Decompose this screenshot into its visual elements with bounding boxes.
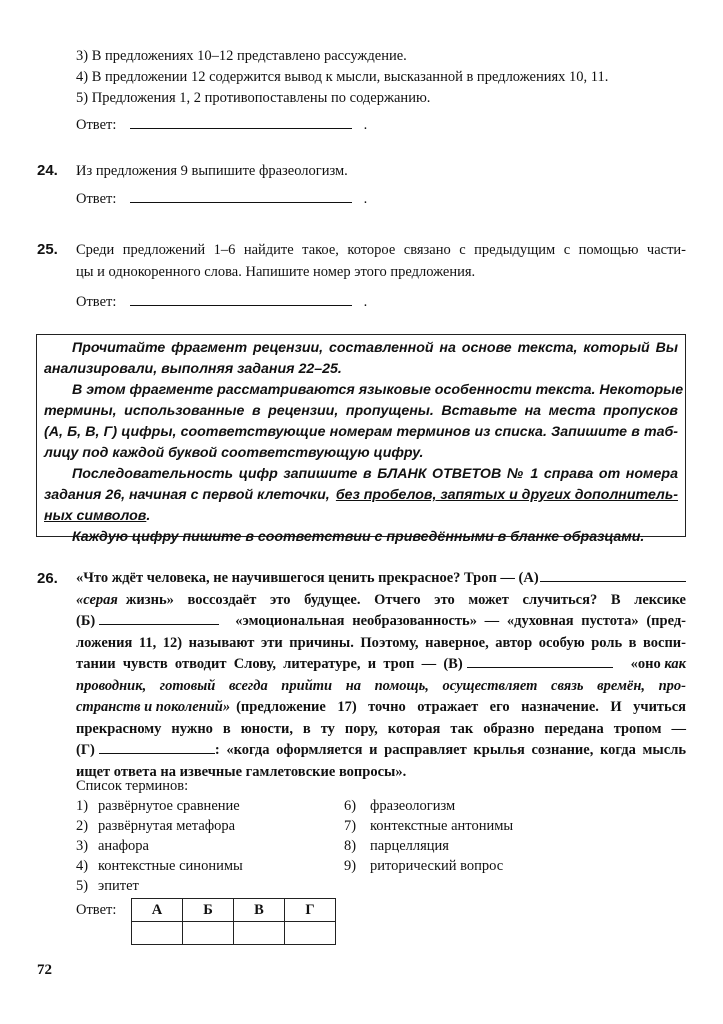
answer-cell-a[interactable] xyxy=(132,922,183,945)
instr-line-3: В этом фрагменте рассматриваются языковы… xyxy=(44,380,678,401)
q26-quote-italic: «серая xyxy=(76,590,118,612)
q24-text: Из предложения 9 выпишите фразеологизм. xyxy=(76,161,348,181)
q25-answer-row: Ответ: . xyxy=(76,293,367,311)
instr-line-6: лицу под каждой буквой соответствующую ц… xyxy=(44,443,678,464)
option-number: 4) xyxy=(76,69,88,85)
q26-quote-open: «оно xyxy=(631,656,661,672)
answer-label: Ответ: xyxy=(76,117,116,133)
answer-table: А Б В Г xyxy=(131,898,336,945)
q26-answer-label: Ответ: xyxy=(76,902,116,919)
terms-right-column: 6)фразеологизм 7)контекстные антонимы 8)… xyxy=(344,796,513,876)
q26-quote-italic: странств и поколений» xyxy=(76,697,230,719)
term-text: контекстные антонимы xyxy=(370,818,513,834)
answer-period: . xyxy=(364,117,368,133)
term-number: 8) xyxy=(344,836,370,856)
term-number: 7) xyxy=(344,816,370,836)
term-text: фразеологизм xyxy=(370,798,455,814)
q26-line-5: тании чувств отводит Слову, литературе, … xyxy=(76,654,686,676)
q26-quote-italic: как xyxy=(664,656,686,672)
instr-line-7: Последовательность цифр запишите в БЛАНК… xyxy=(44,464,678,485)
option-text: В предложениях 10–12 представлено рассуж… xyxy=(92,48,407,64)
gap-b-label: (Б) xyxy=(76,611,95,633)
q25-number: 25. xyxy=(37,241,58,258)
q26-line-9: (Г) : «когда оформляется и расправляет к… xyxy=(76,740,686,762)
term-item: 5)эпитет xyxy=(76,876,243,896)
term-item: 8)парцелляция xyxy=(344,836,513,856)
term-number: 6) xyxy=(344,796,370,816)
term-text: развёрнутая метафора xyxy=(98,818,235,834)
q26-line-5-end: «оно как xyxy=(631,654,686,676)
option-text: В предложении 12 содержится вывод к мысл… xyxy=(92,69,609,85)
option-number: 3) xyxy=(76,48,88,64)
answer-cell-g[interactable] xyxy=(285,922,336,945)
option-number: 5) xyxy=(76,90,88,106)
q25-text-line-1: Среди предложений 1–6 найдите такое, кот… xyxy=(76,240,686,260)
q26-line-4: ложения 11, 12) называют эти причины. По… xyxy=(76,633,686,655)
gap-g-label: (Г) xyxy=(76,740,95,762)
instr-line-1: Прочитайте фрагмент рецензии, составленн… xyxy=(44,338,678,359)
instr-line-9-period: . xyxy=(146,508,150,524)
instr-line-8: задания 26, начиная с первой клеточки, б… xyxy=(44,485,678,506)
term-text: контекстные синонимы xyxy=(98,858,243,874)
term-number: 9) xyxy=(344,856,370,876)
answer-table-header: А Б В Г xyxy=(132,899,336,922)
header-g: Г xyxy=(285,899,336,922)
instr-line-10: Каждую цифру пишите в соответствии с при… xyxy=(44,527,678,548)
instr-line-5: (А, Б, В, Г) цифры, соответствующие номе… xyxy=(44,422,678,443)
term-number: 4) xyxy=(76,856,98,876)
instr-line-9-underlined: ных символов xyxy=(44,508,146,524)
q23-answer-row: Ответ: . xyxy=(76,116,367,134)
answer-period: . xyxy=(364,191,368,207)
term-item: 9)риторический вопрос xyxy=(344,856,513,876)
term-text: анафора xyxy=(98,838,149,854)
header-a: А xyxy=(132,899,183,922)
q23-answer-field[interactable] xyxy=(130,116,352,129)
page-number: 72 xyxy=(37,962,52,979)
instr-line-9: ных символов. xyxy=(44,506,678,527)
answer-table-values xyxy=(132,922,336,945)
q26-line-1-text: «Что ждёт человека, не научившегося цени… xyxy=(76,568,539,590)
instr-line-4: термины, использованные в рецензии, проп… xyxy=(44,401,678,422)
q26-number: 26. xyxy=(37,570,58,587)
term-number: 1) xyxy=(76,796,98,816)
q26-line-7: странств и поколений» (предложение 17) т… xyxy=(76,697,686,719)
instr-line-8-underlined: без пробелов, запятых и других дополните… xyxy=(336,485,678,506)
q26-text: «Что ждёт человека, не научившегося цени… xyxy=(76,568,686,783)
gap-a-field[interactable] xyxy=(540,569,686,582)
q26-line-6: проводник, готовый всегда прийти на помо… xyxy=(76,676,686,698)
term-item: 1)развёрнутое сравнение xyxy=(76,796,243,816)
term-number: 3) xyxy=(76,836,98,856)
term-item: 6)фразеологизм xyxy=(344,796,513,816)
term-text: парцелляция xyxy=(370,838,449,854)
gap-g-field[interactable] xyxy=(99,741,215,754)
q25-answer-field[interactable] xyxy=(130,293,352,306)
header-v: В xyxy=(234,899,285,922)
answer-period: . xyxy=(364,294,368,310)
term-number: 5) xyxy=(76,876,98,896)
q24-answer-row: Ответ: . xyxy=(76,190,367,208)
gap-v-field[interactable] xyxy=(467,655,613,668)
q24-number: 24. xyxy=(37,162,58,179)
q23-option-4: 4) В предложении 12 содержится вывод к м… xyxy=(76,67,608,87)
q26-line-3-text: «эмоциональная необразованность» — «духо… xyxy=(235,611,686,633)
q26-line-3: (Б) «эмоциональная необразованность» — «… xyxy=(76,611,686,633)
q25-text-line-2: цы и однокоренного слова. Напишите номер… xyxy=(76,262,475,282)
q26-line-2-text: жизнь» воссоздаёт это будущее. Отчего эт… xyxy=(126,590,686,612)
q23-option-3: 3) В предложениях 10–12 представлено рас… xyxy=(76,46,407,66)
instr-line-8-text: задания 26, начиная с первой клеточки, xyxy=(44,485,334,506)
q26-line-2: «серая жизнь» воссоздаёт это будущее. От… xyxy=(76,590,686,612)
term-item: 3)анафора xyxy=(76,836,243,856)
gap-b-field[interactable] xyxy=(99,612,219,625)
q23-option-5: 5) Предложения 1, 2 противопоставлены по… xyxy=(76,88,430,108)
term-item: 4)контекстные синонимы xyxy=(76,856,243,876)
q26-line-9-text: : «когда оформляется и расправляет крыль… xyxy=(215,740,686,762)
answer-label: Ответ: xyxy=(76,191,116,207)
q24-answer-field[interactable] xyxy=(130,190,352,203)
q26-line-7-text: (предложение 17) точно отражает его назн… xyxy=(236,697,686,719)
answer-cell-b[interactable] xyxy=(183,922,234,945)
term-number: 2) xyxy=(76,816,98,836)
term-text: эпитет xyxy=(98,878,139,894)
header-b: Б xyxy=(183,899,234,922)
q26-line-1: «Что ждёт человека, не научившегося цени… xyxy=(76,568,686,590)
term-text: риторический вопрос xyxy=(370,858,503,874)
answer-label: Ответ: xyxy=(76,294,116,310)
term-item: 7)контекстные антонимы xyxy=(344,816,513,836)
term-item: 2)развёрнутая метафора xyxy=(76,816,243,836)
q26-line-5-text: тании чувств отводит Слову, литературе, … xyxy=(76,654,463,676)
terms-left-column: 1)развёрнутое сравнение 2)развёрнутая ме… xyxy=(76,796,243,896)
q26-line-8: прекрасному нужно в юности, в ту пору, к… xyxy=(76,719,686,741)
term-text: развёрнутое сравнение xyxy=(98,798,240,814)
option-text: Предложения 1, 2 противопоставлены по со… xyxy=(92,90,431,106)
instructions-text: Прочитайте фрагмент рецензии, составленн… xyxy=(44,338,678,548)
instr-line-2: анализировали, выполняя задания 22–25. xyxy=(44,359,678,380)
terms-title: Список терминов: xyxy=(76,776,188,796)
answer-cell-v[interactable] xyxy=(234,922,285,945)
